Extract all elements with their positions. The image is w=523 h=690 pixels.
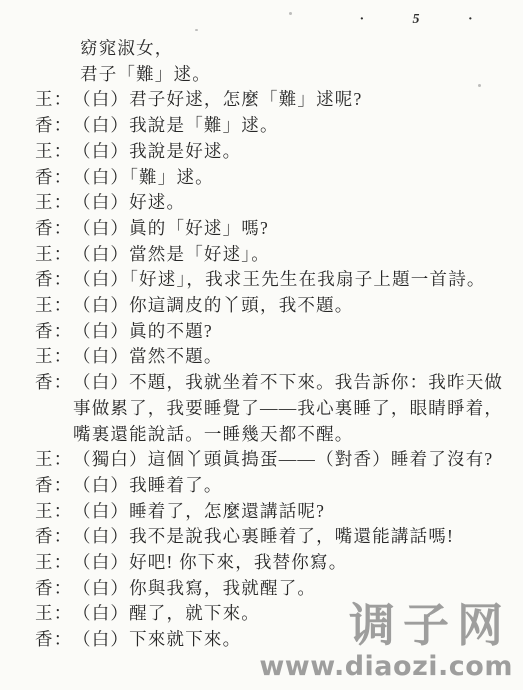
dialogue-line: 王： （白）當然是「好逑」。 (35, 242, 507, 268)
dialogue-text: （白）睡着了，怎麼還講話呢? (73, 499, 507, 525)
dialogue-text: （獨白）這個丫頭眞搗蛋——（對香）睡着了沒有? (73, 447, 507, 473)
dialogue-line: 王： （白）睡着了，怎麼還講話呢? (35, 499, 507, 525)
speaker-label: 香： (35, 319, 73, 345)
dialogue-line: 王： （白）君子好逑，怎麼「難」逑呢? (35, 87, 507, 113)
dialogue-text: （白）「好逑」，我求王先生在我扇子上題一首詩。 (73, 267, 507, 293)
poem-quote: 窈窕淑女， 君子「難」逑。 (35, 36, 507, 87)
speaker-label: 王： (35, 242, 73, 268)
speaker-label: 王： (35, 601, 73, 627)
speaker-label: 王： (35, 190, 73, 216)
poem-line: 窈窕淑女， (80, 36, 507, 62)
dialogue-line: 王： （白）好逑。 (35, 190, 507, 216)
dialogue-line: 香： （白）「難」逑。 (35, 165, 507, 191)
dialogue-text: （白）我不是說我心裏睡着了，嘴還能講話嗎! (73, 524, 507, 550)
dialogue-line: 王： （白）我說是好逑。 (35, 139, 507, 165)
scan-speck (195, 29, 198, 31)
speaker-label: 王： (35, 293, 73, 319)
watermark-site-name: 调子网 (259, 600, 511, 651)
dialogue-line: 香： （白）我睡着了。 (35, 473, 507, 499)
speaker-label: 王： (35, 447, 73, 473)
speaker-label: 香： (35, 627, 73, 653)
speaker-label: 香： (35, 524, 73, 550)
dialogue-line: 香： （白）「好逑」，我求王先生在我扇子上題一首詩。 (35, 267, 507, 293)
speaker-label: 香： (35, 576, 73, 602)
speaker-label: 王： (35, 139, 73, 165)
dialogue-text: （白）「難」逑。 (73, 165, 507, 191)
speaker-label: 香： (35, 165, 73, 191)
dialogue-text: （白）我說是好逑。 (73, 139, 507, 165)
watermark: 调子网 www.diaozi.com (259, 600, 513, 682)
speaker-label: 王： (35, 550, 73, 576)
speaker-label: 王： (35, 499, 73, 525)
dialogue-text: （白）君子好逑，怎麼「難」逑呢? (73, 87, 507, 113)
dialogue-text: （白）好逑。 (73, 190, 507, 216)
page-content: 窈窕淑女， 君子「難」逑。 王： （白）君子好逑，怎麼「難」逑呢? 香： （白）… (35, 36, 507, 653)
dialogue-line: 香： （白）我不是說我心裏睡着了，嘴還能講話嗎! (35, 524, 507, 550)
dialogue-text: （白）好吧! 你下來，我替你寫。 (73, 550, 507, 576)
dialogue-text: （白）你這調皮的丫頭，我不題。 (73, 293, 507, 319)
speaker-label: 香： (35, 473, 73, 499)
scan-speck (289, 12, 292, 15)
dialogue-text: （白）不題，我就坐着不下來。我告訴你：我昨天做事做累了，我要睡覺了——我心裏睡了… (73, 370, 507, 447)
dialogue-text: （白）眞的不題? (73, 319, 507, 345)
speaker-label: 香： (35, 113, 73, 139)
dialogue-text: （白）當然不題。 (73, 344, 507, 370)
dialogue-text: （白）我說是「難」逑。 (73, 113, 507, 139)
dialogue-line: 王： （獨白）這個丫頭眞搗蛋——（對香）睡着了沒有? (35, 447, 507, 473)
page-number: · 5 · (360, 12, 486, 28)
speaker-label: 王： (35, 344, 73, 370)
dialogue-line: 香： （白）不題，我就坐着不下來。我告訴你：我昨天做事做累了，我要睡覺了——我心… (35, 370, 507, 447)
speaker-label: 香： (35, 267, 73, 293)
dialogue-text: （白）當然是「好逑」。 (73, 242, 507, 268)
dialogue-line: 香： （白）眞的「好逑」嗎? (35, 216, 507, 242)
watermark-site-url: www.diaozi.com (259, 652, 513, 682)
dialogue-line: 王： （白）當然不題。 (35, 344, 507, 370)
dialogue-line: 香： （白）我說是「難」逑。 (35, 113, 507, 139)
speaker-label: 香： (35, 216, 73, 242)
dialogue-text: （白）眞的「好逑」嗎? (73, 216, 507, 242)
dialogue-line: 王： （白）你這調皮的丫頭，我不題。 (35, 293, 507, 319)
dialogue-list: 王： （白）君子好逑，怎麼「難」逑呢? 香： （白）我說是「難」逑。 王： （白… (35, 87, 507, 652)
dialogue-line: 香： （白）眞的不題? (35, 319, 507, 345)
dialogue-line: 王： （白）好吧! 你下來，我替你寫。 (35, 550, 507, 576)
dialogue-text: （白）我睡着了。 (73, 473, 507, 499)
poem-line: 君子「難」逑。 (80, 62, 507, 88)
speaker-label: 香： (35, 370, 73, 396)
scanned-script-page: · 5 · 窈窕淑女， 君子「難」逑。 王： （白）君子好逑，怎麼「難」逑呢? … (0, 0, 523, 690)
speaker-label: 王： (35, 87, 73, 113)
